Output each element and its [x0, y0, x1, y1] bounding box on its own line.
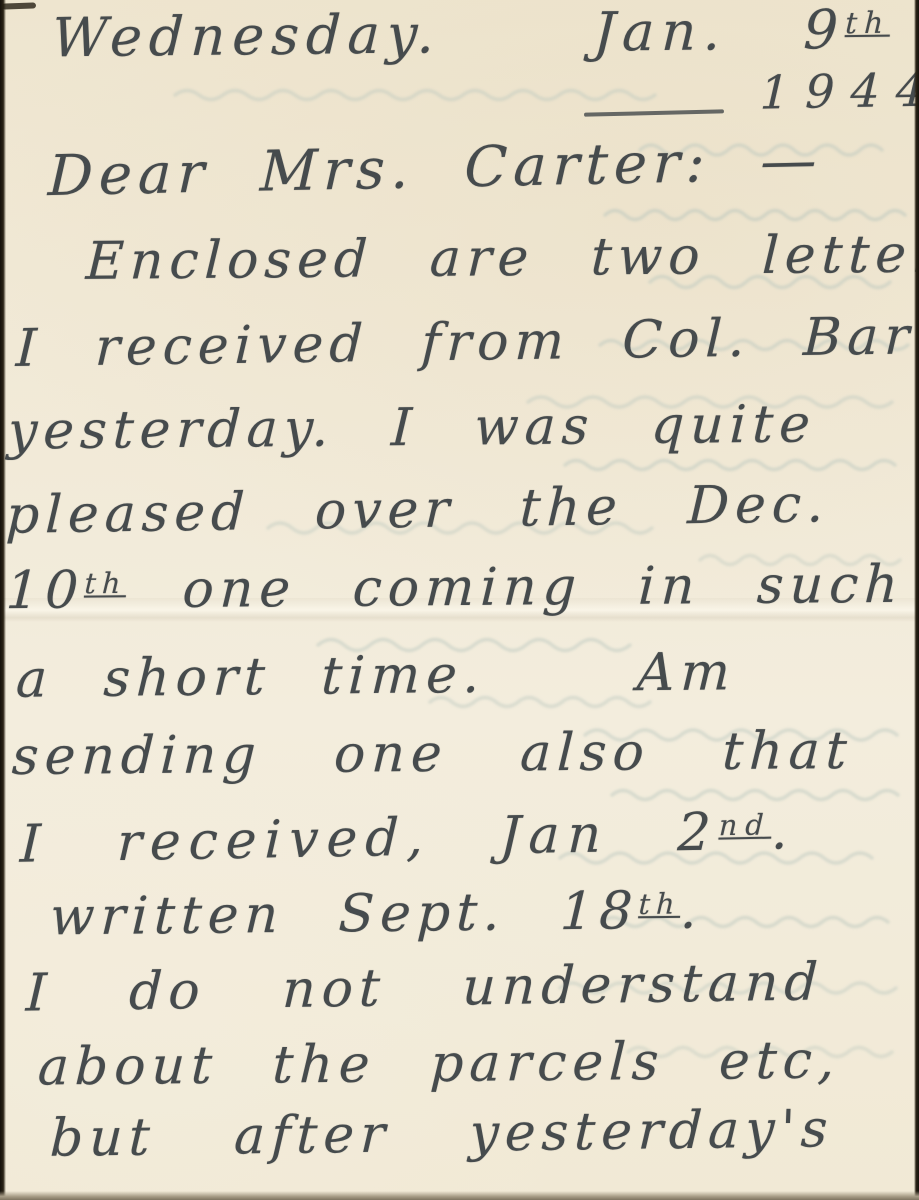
line-body: I do not understand [25, 954, 825, 1022]
scan-edge-bottom [0, 1191, 919, 1200]
bleedthrough-stroke [612, 791, 898, 800]
text-segment: 10 [5, 561, 86, 622]
text-segment: I do not understand [25, 952, 825, 1023]
line-body: Enclosed are two letters [85, 226, 919, 291]
text-segment: but after yesterday's [49, 1099, 835, 1169]
line-body: I received from Col. Barron [15, 307, 919, 378]
bleedthrough-stroke [605, 211, 905, 220]
text-segment: yesterday. I was quite [7, 394, 818, 461]
ordinal-suffix: th [638, 887, 681, 921]
text-segment: 1944 [759, 62, 919, 119]
text-segment: Wednesday. [51, 2, 443, 69]
ordinal-suffix: th [84, 566, 127, 600]
letter-page: Wednesday. Jan. 9th1944Dear Mrs. Carter:… [0, 0, 919, 1200]
line-body: about the parcels etc, [37, 1032, 842, 1096]
text-segment: sending one also that [11, 721, 854, 787]
text-segment: I received, Jan 2 [19, 803, 720, 875]
line-year: 1944 [759, 64, 919, 118]
text-segment: . [770, 801, 797, 861]
bleedthrough-stroke [175, 91, 655, 100]
ordinal-suffix: nd [718, 807, 772, 842]
line-body: pleased over the Dec. [5, 476, 831, 545]
line-body: sending one also that [11, 723, 854, 786]
text-segment: Enclosed are two letters [85, 224, 919, 292]
text-segment: pleased over the Dec. [5, 474, 831, 546]
line-body: 10th one coming in such [5, 557, 905, 620]
text-segment: written Sept. 18 [49, 881, 640, 947]
line-body: a short time. Am [15, 644, 737, 709]
ordinal-suffix: th [844, 6, 891, 41]
line-body: yesterday. I was quite [7, 396, 818, 460]
text-segment: about the parcels etc, [37, 1030, 842, 1097]
text-segment: . [679, 881, 704, 941]
line-date: Wednesday. Jan. 9th [51, 0, 891, 68]
text-segment: a short time. Am [15, 642, 737, 710]
scan-edge-left [0, 0, 6, 1200]
scan-speck [2, 2, 36, 9]
bleedthrough-stroke [565, 461, 895, 470]
text-segment: one coming in such [125, 555, 905, 620]
scan-edge-right [914, 0, 919, 1200]
line-body: written Sept. 18th. [49, 883, 704, 947]
line-body: but after yesterday's [49, 1101, 835, 1168]
text-segment: Jan. 9 [440, 0, 846, 65]
